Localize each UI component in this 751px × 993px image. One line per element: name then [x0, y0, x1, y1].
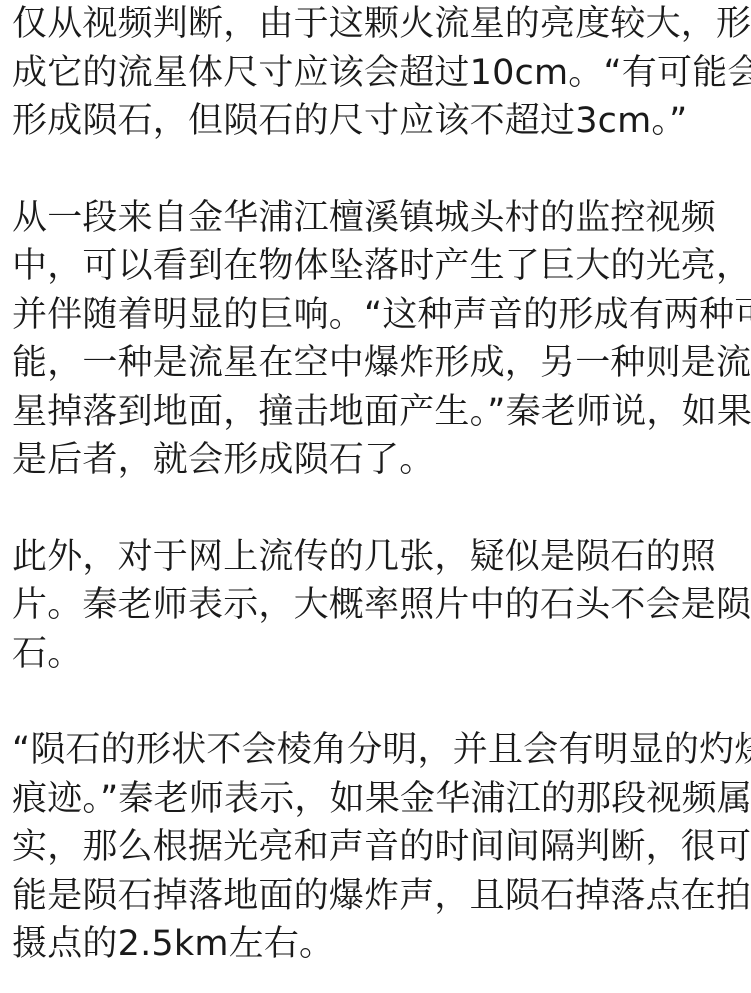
text-line: 片。秦老师表示，大概率照片中的石头不会是陨 — [12, 581, 751, 630]
paragraph-spacer — [12, 485, 751, 533]
text-line: “陨石的形状不会棱角分明，并且会有明显的灼烧 — [12, 726, 751, 775]
paragraph-spacer — [12, 678, 751, 726]
text-line: 仅从视频判断，由于这颗火流星的亮度较大，形 — [12, 0, 751, 49]
paragraph-spacer — [12, 146, 751, 194]
text-line: 中，可以看到在物体坠落时产生了巨大的光亮， — [12, 242, 751, 291]
text-line: 此外，对于网上流传的几张，疑似是陨石的照 — [12, 533, 751, 582]
text-line: 痕迹。”秦老师表示，如果金华浦江的那段视频属 — [12, 775, 751, 824]
paragraph-3: 此外，对于网上流传的几张，疑似是陨石的照 片。秦老师表示，大概率照片中的石头不会… — [12, 533, 751, 679]
text-line: 实，那么根据光亮和声音的时间间隔判断，很可 — [12, 823, 751, 872]
text-line: 能，一种是流星在空中爆炸形成，另一种则是流 — [12, 339, 751, 388]
text-line: 石。 — [12, 630, 751, 679]
text-line: 星掉落到地面，撞击地面产生。”秦老师说，如果 — [12, 388, 751, 437]
text-line: 是后者，就会形成陨石了。 — [12, 436, 751, 485]
text-line: 能是陨石掉落地面的爆炸声，且陨石掉落点在拍 — [12, 872, 751, 921]
paragraph-2: 从一段来自金华浦江檀溪镇城头村的监控视频 中，可以看到在物体坠落时产生了巨大的光… — [12, 194, 751, 485]
text-line: 并伴随着明显的巨响。“这种声音的形成有两种可 — [12, 291, 751, 340]
text-line: 从一段来自金华浦江檀溪镇城头村的监控视频 — [12, 194, 751, 243]
text-line: 成它的流星体尺寸应该会超过10cm。“有可能会 — [12, 49, 751, 98]
paragraph-1: 仅从视频判断，由于这颗火流星的亮度较大，形 成它的流星体尺寸应该会超过10cm。… — [12, 0, 751, 146]
text-line: 形成陨石，但陨石的尺寸应该不超过3cm。” — [12, 97, 751, 146]
text-line: 摄点的2.5km左右。 — [12, 920, 751, 969]
article-body: 仅从视频判断，由于这颗火流星的亮度较大，形 成它的流星体尺寸应该会超过10cm。… — [0, 0, 751, 969]
paragraph-4: “陨石的形状不会棱角分明，并且会有明显的灼烧 痕迹。”秦老师表示，如果金华浦江的… — [12, 726, 751, 969]
